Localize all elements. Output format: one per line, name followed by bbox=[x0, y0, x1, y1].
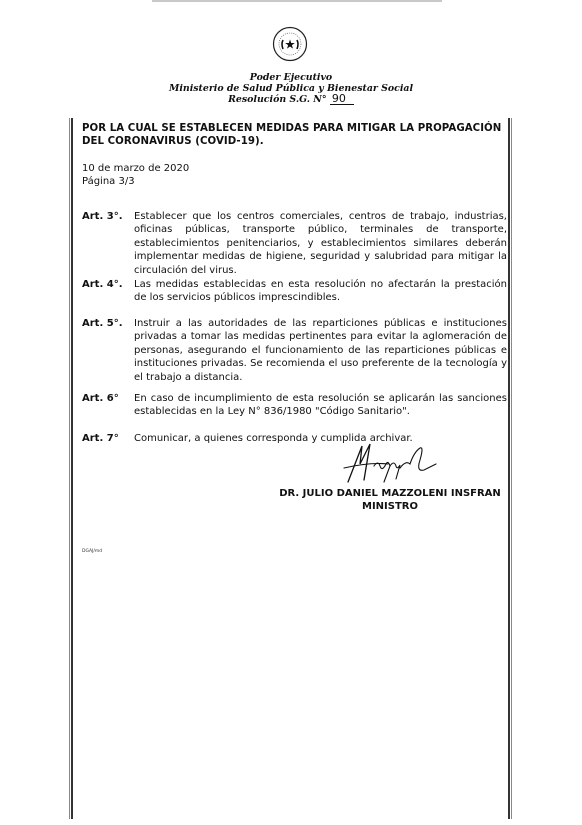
article-label: Art. 5°. bbox=[82, 317, 134, 330]
document-header: Poder Ejecutivo Ministerio de Salud Públ… bbox=[0, 72, 582, 105]
article-label: Art. 3°. bbox=[82, 210, 134, 223]
article-text: Las medidas establecidas en esta resoluc… bbox=[134, 278, 507, 305]
ministry-label: Ministerio de Salud Pública y Bienestar … bbox=[0, 83, 582, 94]
resolution-line: Resolución S.G. N° 90 bbox=[0, 94, 582, 105]
signatory-block: DR. JULIO DANIEL MAZZOLENI INSFRAN MINIS… bbox=[270, 487, 510, 513]
handwritten-signature-icon bbox=[340, 442, 440, 488]
page-number: Página 3/3 bbox=[82, 175, 506, 188]
signatory-title: MINISTRO bbox=[270, 500, 510, 513]
article-label: Art. 7° bbox=[82, 432, 134, 445]
article-text: En caso de incumplimiento de esta resolu… bbox=[134, 392, 507, 419]
coat-of-arms-seal-icon bbox=[272, 26, 308, 62]
article-label: Art. 4°. bbox=[82, 278, 134, 291]
article-text: Comunicar, a quienes corresponda y cumpl… bbox=[134, 432, 507, 445]
article-text: Establecer que los centros comerciales, … bbox=[134, 210, 507, 277]
date-block: 10 de marzo de 2020 Página 3/3 bbox=[82, 162, 506, 189]
article-text: Instruir a las autoridades de las repart… bbox=[134, 317, 507, 384]
article-4: Art. 4°. Las medidas establecidas en est… bbox=[82, 278, 507, 305]
article-3: Art. 3°. Establecer que los centros come… bbox=[82, 210, 507, 277]
right-margin-rule bbox=[508, 118, 510, 819]
document-title: POR LA CUAL SE ESTABLECEN MEDIDAS PARA M… bbox=[82, 122, 506, 149]
executive-branch-label: Poder Ejecutivo bbox=[0, 72, 582, 83]
resolution-prefix: Resolución S.G. N° bbox=[228, 94, 326, 105]
resolution-number: 90 bbox=[330, 94, 354, 105]
article-7: Art. 7° Comunicar, a quienes corresponda… bbox=[82, 432, 507, 445]
reference-initials: DGAJ/md bbox=[82, 549, 102, 555]
document-date: 10 de marzo de 2020 bbox=[82, 162, 506, 175]
article-label: Art. 6° bbox=[82, 392, 134, 405]
top-scan-rule bbox=[152, 0, 442, 2]
signatory-name: DR. JULIO DANIEL MAZZOLENI INSFRAN bbox=[270, 487, 510, 500]
article-5: Art. 5°. Instruir a las autoridades de l… bbox=[82, 317, 507, 384]
left-margin-rule bbox=[71, 118, 73, 819]
article-6: Art. 6° En caso de incumplimiento de est… bbox=[82, 392, 507, 419]
